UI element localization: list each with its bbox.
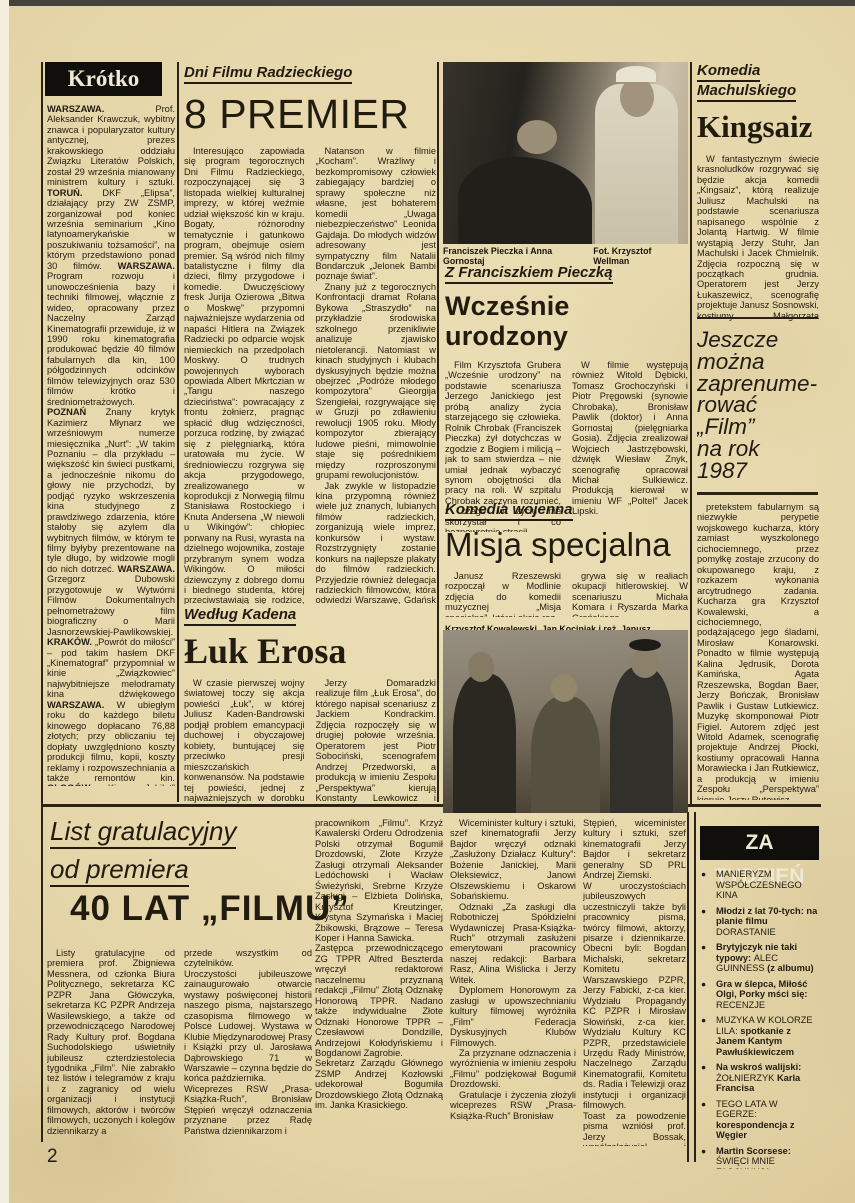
column-rule-bottom-a <box>687 812 689 1162</box>
misja-column-1: Janusz Rzeszewski rozpoczął w Modlinie z… <box>445 571 561 617</box>
photo-misja-specjalna-set <box>443 630 688 813</box>
list-item: MUZYKA W KOLORZE LILA: spotkanie z Janem… <box>700 1015 819 1057</box>
figure-silhouette <box>551 674 577 702</box>
krotko-header: Krótko <box>45 62 162 96</box>
paragraph: Zastępca przewodniczącego ZG TPPR Alfred… <box>315 943 443 1058</box>
photo1-caption: Franciszek Pieczka i Anna Gornostaj <box>443 246 593 266</box>
jubileusz-column-2: przede wszystkim od czytelników.Uroczyst… <box>184 948 312 1146</box>
paragraph: Janusz Rzeszewski rozpoczął w Modlinie z… <box>445 571 561 617</box>
paragraph: Gratulacje i życzenia złożyli wiceprezes… <box>450 1090 576 1121</box>
column-rule-bottom-b <box>694 812 696 1162</box>
headline-40-lat-filmu: 40 LAT „FILMU” <box>70 890 350 928</box>
figure-silhouette <box>620 77 654 117</box>
paragraph: Sekretarz Zarządu Głównego ZSMP Andrzej … <box>315 1058 443 1110</box>
subscription-promo: Jeszczemożnazaprenume-rować„Film”na rok1… <box>697 329 819 489</box>
paragraph: Odznaki „Za zasługi dla Robotniczej Spół… <box>450 902 576 986</box>
kicker-machulskiego: Machulskiego <box>697 82 796 102</box>
figure-silhouette <box>531 696 600 813</box>
paragraph: Listy gratulacyjne od premiera prof. Zbi… <box>47 948 175 1136</box>
paragraph: W fantastycznym świecie krasnoludków roz… <box>697 154 819 322</box>
kicker-wedlug-kadena: Według Kadena <box>184 606 296 626</box>
list-item: na rok <box>697 438 819 460</box>
list-item: MANIERYZM WSPÓŁCZESNEGO KINA <box>700 869 819 901</box>
nurse-cap-shape <box>616 66 656 82</box>
headline-kingsaiz: Kingsaiz <box>697 110 819 144</box>
paragraph: Toast za powodzenie pisma wzniósł prof. … <box>583 1111 686 1146</box>
za-tydzien-header: ZA TYDZIEŃ <box>700 826 819 860</box>
premier-column-2: Natanson w filmie „Kocham”. Wrażliwy i b… <box>316 146 437 604</box>
list-item: rować <box>697 394 819 416</box>
promo-divider <box>697 492 818 495</box>
list-item: „Film” <box>697 416 819 438</box>
list-item: TEGO LATA W EGERZE: korespondencja z Węg… <box>700 1099 819 1141</box>
list-item: Młodzi z lat 70-tych: na planie filmu DO… <box>700 906 819 938</box>
kingsaiz-body: W fantastycznym świecie krasnoludków roz… <box>697 154 819 322</box>
article-wczesnie-urodzony: Z Franciszkiem Pieczką Wcześnie urodzony… <box>445 264 688 532</box>
luk-column-2: Jerzy Domaradzki realizuje film „Łuk Ero… <box>316 678 437 804</box>
paragraph: Za przyznane odznaczenia i wyróżnienia w… <box>450 1048 576 1090</box>
paragraph: Dyplomem Honorowym za zasługi w upowszec… <box>450 985 576 1048</box>
page-number: 2 <box>47 1146 58 1168</box>
paragraph: Natanson w filmie „Kocham”. Wrażliwy i b… <box>316 146 437 282</box>
list-item: Brytyjczyk nie taki typowy: ALEC GUINNES… <box>700 942 819 974</box>
figure-silhouette <box>631 648 659 678</box>
column-rule-3 <box>690 62 692 804</box>
paragraph: Jerzy Domaradzki realizuje film „Łuk Ero… <box>316 678 437 804</box>
paragraph: Wiceprezes RSW „Prasa-Książka-Ruch”, Bro… <box>184 1084 312 1136</box>
kicker-dni-filmu-radzieckiego: Dni Filmu Radzieckiego <box>184 64 352 84</box>
list-item: 1987 <box>697 460 819 482</box>
headline-misja-specjalna: Misja specjalna <box>445 527 688 563</box>
headline-luk-erosa: Łuk Erosa <box>184 632 436 670</box>
misja-column-2: grywa się w realiach okupacji hitlerowsk… <box>572 571 688 617</box>
figure-silhouette <box>517 120 557 154</box>
jubileusz-kicker: List gratulacyjny od premiera <box>50 816 236 892</box>
figure-silhouette <box>458 157 593 244</box>
photo-franciszek-pieczka-anna-gornostaj <box>443 62 688 244</box>
luk-column-1: W czasie pierwszej wojny światowej toczy… <box>184 678 305 804</box>
paragraph: pracownikom „Filmu”. Krzyż Kawalerski Or… <box>315 818 443 943</box>
paragraph: Znany już z tegorocznych Konfrontacji dr… <box>316 282 437 481</box>
section-divider <box>41 804 821 807</box>
paragraph: WARSZAWA. Prof. Aleksander Krawczuk, wyb… <box>47 104 175 786</box>
jubileusz-column-5: Stępień, wiceminister kultury i sztuki, … <box>583 818 686 1146</box>
misja-continuation: pretekstem fabularnym są niezwykłe peryp… <box>697 502 819 800</box>
paragraph: Interesująco zapowiada się program tegor… <box>184 146 305 604</box>
jubileusz-column-3: pracownikom „Filmu”. Krzyż Kawalerski Or… <box>315 818 443 1146</box>
jubileusz-column-1: Listy gratulacyjne od premiera prof. Zbi… <box>47 948 175 1146</box>
figure-silhouette <box>453 674 517 813</box>
list-item: Na wskroś walijski: ŻOŁNIERZYK Karla Fra… <box>700 1062 819 1094</box>
article-8-premier: Dni Filmu Radzieckiego 8 PREMIER Interes… <box>184 64 436 604</box>
paragraph: Uroczystości jubileuszowe zainaugurowało… <box>184 969 312 1084</box>
column-rule-1 <box>177 62 179 802</box>
krotko-body: WARSZAWA. Prof. Aleksander Krawczuk, wyb… <box>47 104 175 786</box>
column-rule-2 <box>437 62 439 802</box>
paragraph: Wiceminister kultury i sztuki, szef kine… <box>450 818 576 902</box>
list-item: zaprenume- <box>697 373 819 395</box>
paragraph: W czasie pierwszej wojny światowej toczy… <box>184 678 305 804</box>
kicker-od-premiera: od premiera <box>50 854 189 887</box>
kicker-komedia-wojenna: Komedia wojenna <box>445 501 573 521</box>
list-item: Gra w ślepca, Miłość Olgi, Porky mści si… <box>700 979 819 1011</box>
paragraph: W uroczystościach jubileuszowych uczestn… <box>583 881 686 1111</box>
scan-edge-top <box>0 0 855 6</box>
premier-column-1: Interesująco zapowiada się program tegor… <box>184 146 305 604</box>
scan-edge-left <box>0 0 9 1203</box>
paragraph: Jak zwykle w listopadzie kina przypomną … <box>316 481 437 605</box>
figure-silhouette <box>610 667 674 813</box>
jubileusz-column-4: Wiceminister kultury i sztuki, szef kine… <box>450 818 576 1146</box>
kicker-list-gratulacyjny: List gratulacyjny <box>50 816 236 849</box>
article-luk-erosa: Według Kadena Łuk Erosa W czasie pierwsz… <box>184 606 436 804</box>
headline-8-premier: 8 PREMIER <box>184 92 436 136</box>
photo1-caption-row: Franciszek Pieczka i Anna Gornostaj Fot.… <box>443 246 688 266</box>
newspaper-page: Krótko WARSZAWA. Prof. Aleksander Krawcz… <box>0 0 855 1203</box>
list-item: Martin Scorsese: ŚWIĘCI MNIE FASCYNUJĄ <box>700 1146 819 1170</box>
list-item: można <box>697 351 819 373</box>
za-tydzien-list: MANIERYZM WSPÓŁCZESNEGO KINAMłodzi z lat… <box>700 869 819 1169</box>
photo1-credit: Fot. Krzysztof Wellman <box>593 246 688 266</box>
headline-wczesnie-urodzony: Wcześnie urodzony <box>445 291 688 351</box>
kicker-z-franciszkiem-pieczka: Z Franciszkiem Pieczką <box>445 264 613 284</box>
paragraph: grywa się w realiach okupacji hitlerowsk… <box>572 571 688 617</box>
paragraph: pretekstem fabularnym są niezwykłe peryp… <box>697 502 819 800</box>
article-kingsaiz: Komedia Machulskiego Kingsaiz W fantasty… <box>697 62 819 322</box>
list-item: Jeszcze <box>697 329 819 351</box>
column-rule-left <box>41 62 43 1142</box>
beret-shape <box>629 639 661 651</box>
paragraph: przede wszystkim od czytelników. <box>184 948 312 969</box>
paragraph: Stępień, wiceminister kultury i sztuki, … <box>583 818 686 881</box>
kicker-komedia: Komedia <box>697 62 760 82</box>
paragraph: W filmie występują również Witold Dębick… <box>572 360 688 517</box>
figure-silhouette <box>468 652 494 682</box>
